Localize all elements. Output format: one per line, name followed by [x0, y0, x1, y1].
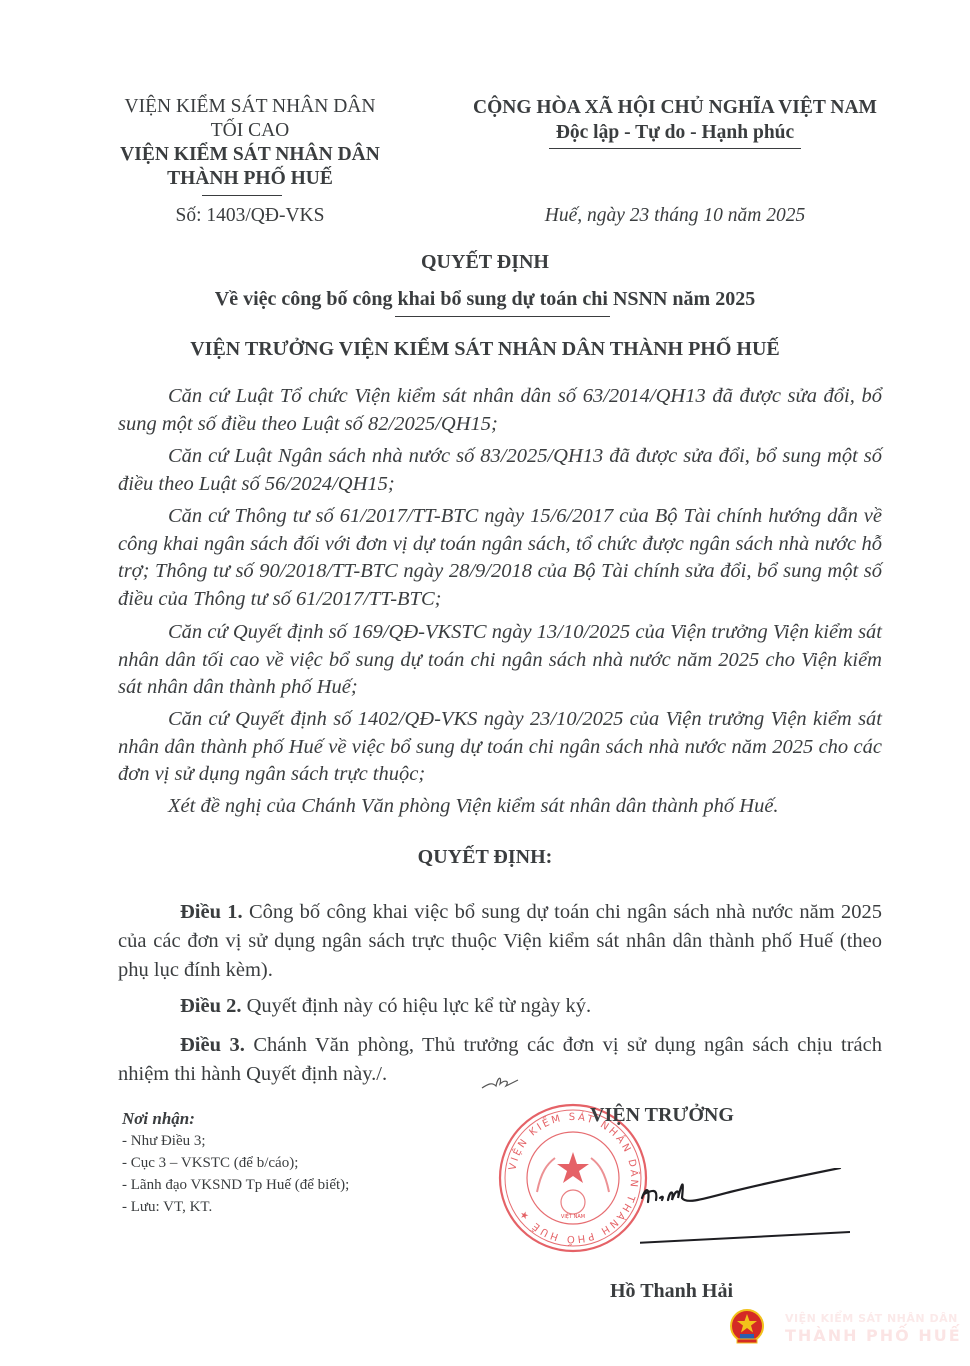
national-motto-block: CỘNG HÒA XÃ HỘI CHỦ NGHĨA VIỆT NAM Độc l…: [455, 95, 895, 149]
agency-line1: VIỆN KIỂM SÁT NHÂN DÂN: [100, 143, 400, 167]
article-label: Điều 3.: [180, 1034, 245, 1056]
preamble-clause: Căn cứ Luật Ngân sách nhà nước số 83/202…: [118, 443, 882, 498]
signer-title: VIỆN TRƯỞNG: [590, 1104, 750, 1127]
article-text: Quyết định này có hiệu lực kể từ ngày ký…: [242, 995, 592, 1017]
parent-agency-line2: TỐI CAO: [100, 119, 400, 143]
svg-text:VIỆT NAM: VIỆT NAM: [561, 1212, 585, 1220]
signer-name: Hồ Thanh Hải: [610, 1280, 733, 1303]
subtitle-underline: [395, 316, 610, 317]
agency-underline: [202, 195, 282, 196]
recipients-block: Nơi nhận: - Như Điều 3; - Cục 3 – VKSTC …: [122, 1108, 349, 1218]
article-1: Điều 1. Công bố công khai việc bổ sung d…: [118, 898, 882, 985]
document-subtitle: Về việc công bố công khai bổ sung dự toá…: [0, 288, 970, 311]
handwritten-signature-icon: [640, 1168, 850, 1258]
parent-agency-line1: VIỆN KIỂM SÁT NHÂN DÂN: [100, 95, 400, 119]
document-number: Số: 1403/QĐ-VKS: [100, 205, 400, 227]
document-title: QUYẾT ĐỊNH: [0, 251, 970, 274]
agency-line2: THÀNH PHỐ HUẾ: [100, 167, 400, 191]
preamble-clause: Căn cứ Luật Tổ chức Viện kiểm sát nhân d…: [118, 383, 882, 438]
preamble-clause: Xét đề nghị của Chánh Văn phòng Viện kiể…: [118, 793, 882, 821]
article-label: Điều 2.: [180, 995, 242, 1017]
recipient-item: - Lưu: VT, KT.: [122, 1196, 349, 1218]
decision-heading: QUYẾT ĐỊNH:: [0, 846, 970, 869]
article-2: Điều 2. Quyết định này có hiệu lực kể từ…: [118, 992, 882, 1021]
article-label: Điều 1.: [180, 901, 243, 923]
recipient-item: - Lãnh đạo VKSND Tp Huế (để biết);: [122, 1174, 349, 1196]
preamble-clause: Căn cứ Quyết định số 1402/QĐ-VKS ngày 23…: [118, 706, 882, 789]
national-motto: Độc lập - Tự do - Hạnh phúc: [455, 120, 895, 145]
recipient-item: - Cục 3 – VKSTC (để b/cáo);: [122, 1152, 349, 1174]
national-title: CỘNG HÒA XÃ HỘI CHỦ NGHĨA VIỆT NAM: [455, 95, 895, 120]
recipient-item: - Như Điều 3;: [122, 1130, 349, 1152]
motto-underline: [549, 148, 801, 149]
preamble-clause: Căn cứ Quyết định số 169/QĐ-VKSTC ngày 1…: [118, 619, 882, 702]
issuing-authority: VIỆN TRƯỞNG VIỆN KIỂM SÁT NHÂN DÂN THÀNH…: [0, 338, 970, 361]
national-emblem-icon: [729, 1308, 765, 1346]
place-date: Huế, ngày 23 tháng 10 năm 2025: [455, 205, 895, 227]
preamble-clause: Căn cứ Thông tư số 61/2017/TT-BTC ngày 1…: [118, 503, 882, 613]
recipients-heading: Nơi nhận:: [122, 1108, 349, 1130]
issuing-agency-block: VIỆN KIỂM SÁT NHÂN DÂN TỐI CAO VIỆN KIỂM…: [100, 95, 400, 196]
initials-mark-icon: [480, 1068, 520, 1098]
footer-watermark-line1: VIỆN KIỂM SÁT NHÂN DÂN: [785, 1312, 958, 1325]
footer-watermark-line2: THÀNH PHỐ HUẾ: [785, 1326, 962, 1345]
